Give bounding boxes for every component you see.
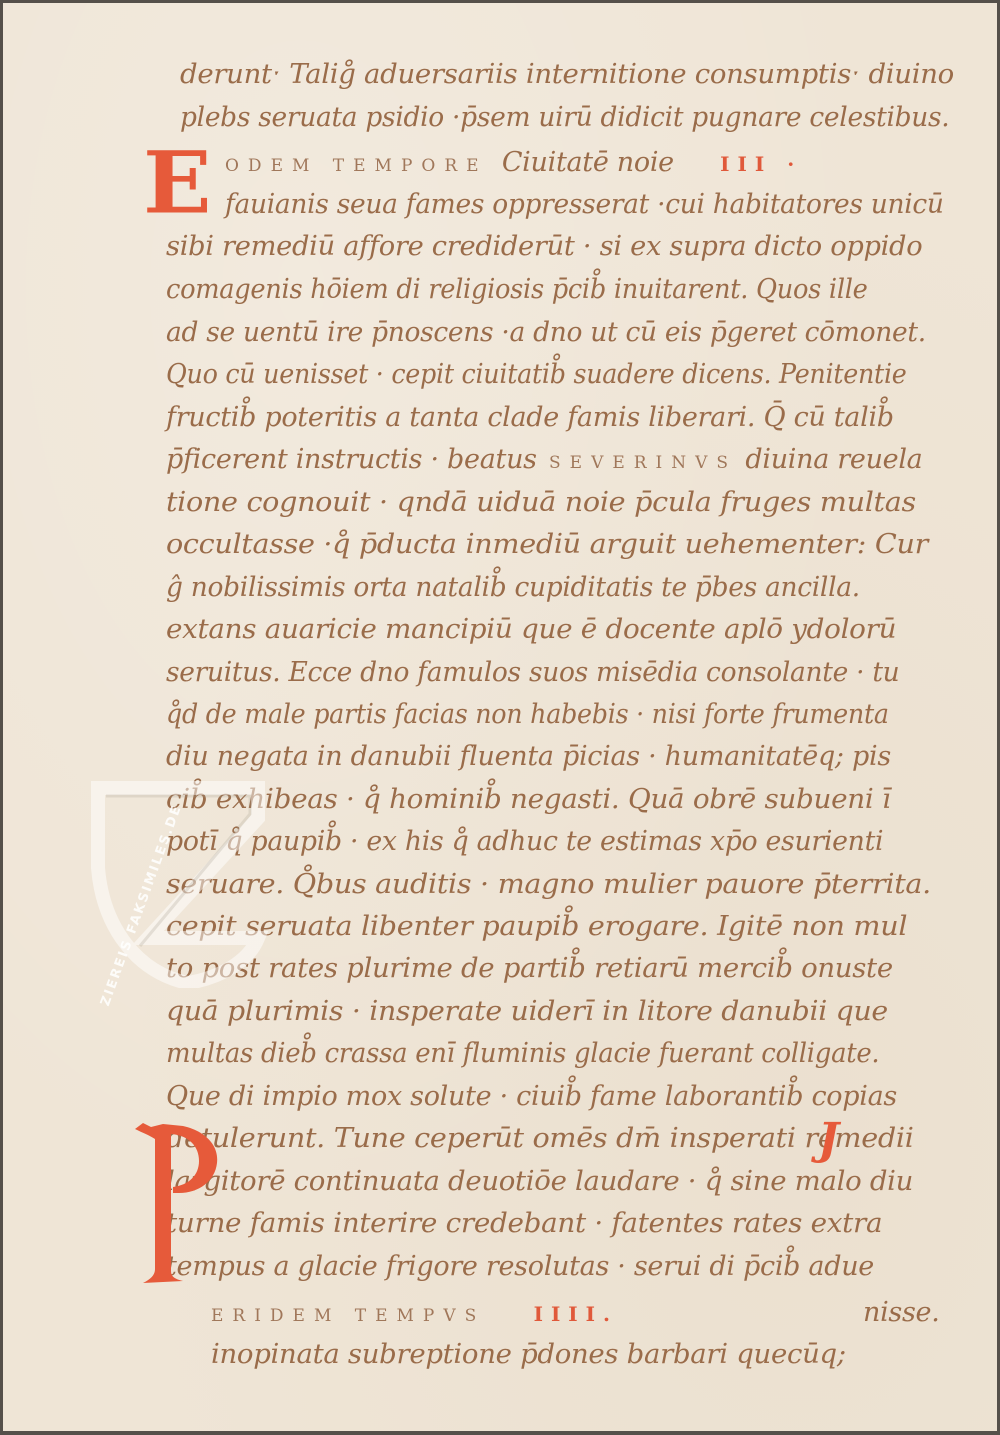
text-line: to post rates plurime de partib̊ retiarū… — [166, 955, 893, 982]
chapter-heading-line: ERIDEM TEMPVS IIII. nisse. — [211, 1299, 971, 1326]
text-line: largitorē continuata deuotiōe laudare · … — [166, 1168, 913, 1195]
text-line: cepit seruata libenter paupib̊ erogare. … — [166, 913, 907, 940]
text-line: q̊d de male partis facias non habebis · … — [166, 701, 889, 728]
chapter-heading-line: ODEM TEMPORE Ciuitatē noie III · — [225, 149, 802, 176]
text-line: potī q̊ paupib̊ · ex his q̊ adhuc te est… — [166, 828, 883, 855]
decorated-initial-p — [133, 1121, 213, 1281]
text-line: tempus a glacie frigore resolutas · seru… — [166, 1253, 874, 1280]
text-line: diu negata in danubii fluenta p̄icias · … — [166, 743, 891, 770]
line-text: turne famis interire credebant · fatente… — [166, 1208, 882, 1239]
text-line: p̄ficerent instructis · beatus SEVERINVS… — [166, 446, 922, 473]
text-line: ĝ nobilissimis orta natalib̊ cupiditatis… — [166, 574, 860, 601]
text-line: detulerunt. Tune ceperūt omēs dm̄ insper… — [166, 1125, 914, 1152]
text-line: fructib̊ poteritis a tanta clade famis l… — [166, 404, 894, 431]
text-line: multas dieb̊ crassa enī fluminis glacie … — [166, 1040, 879, 1067]
text-line: deruntˑ Talig̊ aduersariis internitione … — [180, 61, 954, 88]
line-text: to post rates plurime de partib̊ retiarū… — [166, 953, 893, 984]
manuscript-page: deruntˑ Talig̊ aduersariis internitione … — [3, 3, 997, 1431]
text-line: extans auaricie mancipiū que ē docente a… — [166, 616, 896, 643]
text-line: comagenis hōiem di religiosis p̄cib̊ inu… — [166, 276, 868, 303]
decorated-initial-i: J — [818, 1118, 839, 1162]
capitals-name: SEVERINVS — [549, 453, 737, 473]
line-text: fructib̊ poteritis a tanta clade famis l… — [166, 402, 894, 433]
text-line: sibi remediū affore crediderūt · si ex s… — [166, 233, 922, 260]
line-text: multas dieb̊ crassa enī fluminis glacie … — [166, 1038, 879, 1069]
text-line: seruitus. Ecce dno famulos suos misēdia … — [166, 659, 899, 686]
text-line: tione cognouit · qndā uiduā noie p̄cula … — [166, 489, 916, 516]
line-text: seruare. Q̊bus auditis · magno mulier pa… — [166, 869, 931, 900]
text-line: ad se uentū ire p̄noscens ·a dno ut cū e… — [166, 319, 926, 346]
line-text: tempus a glacie frigore resolutas · seru… — [166, 1251, 874, 1282]
line-text: diuina reuela — [745, 444, 922, 475]
text-line: plebs seruata psidio ·p̄sem uirū didicit… — [180, 104, 949, 131]
rubric-numeral: IIII. — [534, 1302, 618, 1326]
line-text: ad se uentū ire p̄noscens ·a dno ut cū e… — [166, 317, 926, 348]
line-text: fauianis seua fames oppresserat ·cui hab… — [225, 189, 944, 220]
text-line: cib̊ exhibeas · q̊ hominib̊ negasti. Quā… — [166, 786, 891, 813]
line-text: q̊d de male partis facias non habebis · … — [166, 699, 889, 730]
line-text: sibi remediū affore crediderūt · si ex s… — [166, 231, 922, 262]
text-line: fauianis seua fames oppresserat ·cui hab… — [225, 191, 944, 218]
line-text: largitorē continuata deuotiōe laudare · … — [166, 1166, 913, 1197]
line-text: tione cognouit · qndā uiduā noie p̄cula … — [166, 487, 916, 518]
line-text: plebs seruata psidio ·p̄sem uirū didicit… — [180, 102, 949, 133]
capitals-heading: ODEM TEMPORE — [225, 156, 488, 176]
line-text: occultasse ·q̊ p̄ducta inmediū arguit ue… — [166, 529, 928, 560]
decorated-initial-e: E — [143, 140, 212, 226]
line-text: cepit seruata libenter paupib̊ erogare. … — [166, 911, 907, 942]
line-text: extans auaricie mancipiū que ē docente a… — [166, 614, 896, 645]
text-line: turne famis interire credebant · fatente… — [166, 1210, 882, 1237]
capitals-heading: ERIDEM TEMPVS — [211, 1306, 485, 1326]
line-text: detulerunt. Tune ceperūt omēs dm̄ insper… — [166, 1123, 914, 1154]
text-line: Que di impio mox solute · ciuib̊ fame la… — [166, 1083, 897, 1110]
line-text: inopinata subreptione p̄dones barbari qu… — [211, 1339, 846, 1370]
line-text: comagenis hōiem di religiosis p̄cib̊ inu… — [166, 274, 868, 305]
line-text: ĝ nobilissimis orta natalib̊ cupiditatis… — [166, 572, 860, 603]
line-text: Quo cū uenisset · cepit ciuitatib̊ suade… — [166, 359, 907, 390]
line-text: seruitus. Ecce dno famulos suos misēdia … — [166, 657, 899, 688]
rubric-numeral: III · — [720, 152, 802, 176]
line-text: p̄ficerent instructis · beatus — [166, 444, 537, 475]
line-text: cib̊ exhibeas · q̊ hominib̊ negasti. Quā… — [166, 784, 891, 815]
letter-p-icon — [133, 1121, 223, 1286]
line-text: diu negata in danubii fluenta p̄icias · … — [166, 741, 891, 772]
text-line: occultasse ·q̊ p̄ducta inmediū arguit ue… — [166, 531, 928, 558]
line-text: quā plurimis · insperate uiderī in litor… — [166, 996, 888, 1027]
line-text: deruntˑ Talig̊ aduersariis internitione … — [180, 59, 954, 90]
line-text: potī q̊ paupib̊ · ex his q̊ adhuc te est… — [166, 826, 883, 857]
line-text: Ciuitatē noie — [502, 147, 674, 178]
text-line: inopinata subreptione p̄dones barbari qu… — [211, 1341, 846, 1368]
line-text: nisse. — [863, 1299, 940, 1326]
text-line: Quo cū uenisset · cepit ciuitatib̊ suade… — [166, 361, 907, 388]
text-line: seruare. Q̊bus auditis · magno mulier pa… — [166, 871, 931, 898]
text-line: quā plurimis · insperate uiderī in litor… — [166, 998, 888, 1025]
line-text: Que di impio mox solute · ciuib̊ fame la… — [166, 1081, 897, 1112]
